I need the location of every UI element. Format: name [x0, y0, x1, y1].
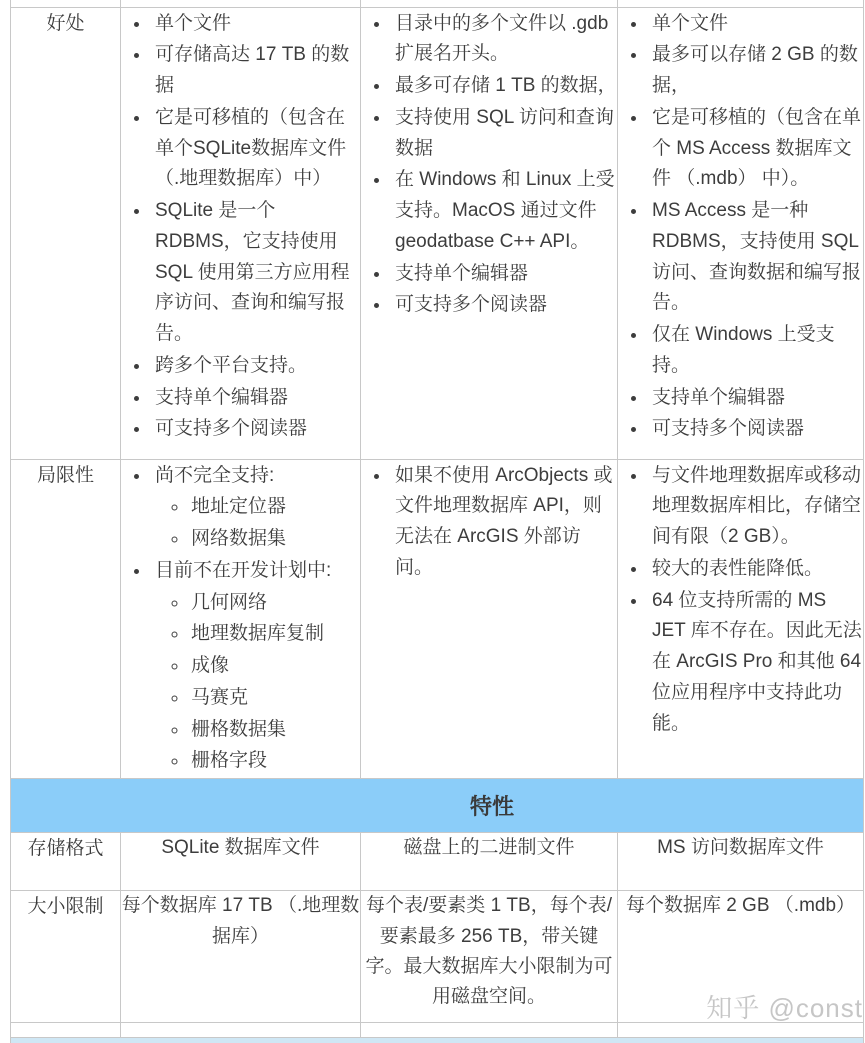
comparison-table: 好处 单个文件 可存储高达 17 TB 的数据 它是可移植的（包含在单个SQLi… — [10, 0, 864, 1043]
list-item: 支持单个编辑器 — [151, 383, 360, 414]
size-filegdb-cell: 每个表/要素类 1 TB，每个表/要素最多 256 TB，带关键字。最大数据库大… — [361, 891, 618, 1023]
list-item: MS Access 是一种 RDBMS，支持使用 SQL 访问、查询数据和编写报… — [648, 196, 863, 319]
list-item: 仅在 Windows 上受支持。 — [648, 320, 863, 382]
table-row-storage-format: 存储格式 SQLite 数据库文件 磁盘上的二进制文件 MS 访问数据库文件 — [11, 833, 864, 891]
storage-sqlite-cell: SQLite 数据库文件 — [121, 833, 361, 891]
sub-list: 几何网络 地理数据库复制 成像 马赛克 栅格数据集 栅格字段 — [155, 588, 360, 778]
sub-list-item: 网络数据集 — [189, 524, 360, 555]
list-item: 单个文件 — [151, 9, 360, 40]
limitations-sqlite-list: 尚不完全支持: 地址定位器 网络数据集 目前不在开发计划中: 几何网络 地理数据… — [121, 461, 360, 778]
sub-list-item: 地理数据库复制 — [189, 619, 360, 650]
table-row-top-sliver — [11, 0, 864, 7]
list-item-text: 目前不在开发计划中: — [155, 560, 331, 581]
benefits-sqlite-cell: 单个文件 可存储高达 17 TB 的数据 它是可移植的（包含在单个SQLite数… — [121, 7, 361, 459]
list-item: 跨多个平台支持。 — [151, 351, 360, 382]
row-header-size-limit: 大小限制 — [11, 891, 121, 1023]
limitations-access-list: 与文件地理数据库或移动地理数据库相比，存储空间有限（2 GB）。 较大的表性能降… — [618, 461, 863, 740]
bottom-sliver-cell — [121, 1023, 361, 1038]
list-item: 支持单个编辑器 — [391, 259, 617, 290]
benefits-access-list: 单个文件 最多可以存储 2 GB 的数据， 它是可移植的（包含在单个 MS Ac… — [618, 9, 863, 446]
row-header-limitations: 局限性 — [11, 459, 121, 779]
bottom-sliver-cell — [11, 1023, 121, 1038]
table-row-benefits: 好处 单个文件 可存储高达 17 TB 的数据 它是可移植的（包含在单个SQLi… — [11, 7, 864, 459]
table-row-next-section-sliver — [11, 1038, 864, 1043]
list-item: 支持使用 SQL 访问和查询数据 — [391, 103, 617, 165]
table-row-limitations: 局限性 尚不完全支持: 地址定位器 网络数据集 目前不在开发计划中: 几何网络 … — [11, 459, 864, 779]
list-item: 最多可以存储 2 GB 的数据， — [648, 40, 863, 102]
benefits-filegdb-list: 目录中的多个文件以 .gdb 扩展名开头。 最多可存储 1 TB 的数据， 支持… — [361, 9, 617, 322]
list-item: 如果不使用 ArcObjects 或文件地理数据库 API，则无法在 ArcGI… — [391, 461, 617, 584]
list-item: 可存储高达 17 TB 的数据 — [151, 40, 360, 102]
limitations-filegdb-list: 如果不使用 ArcObjects 或文件地理数据库 API，则无法在 ArcGI… — [361, 461, 617, 584]
list-item: 可支持多个阅读器 — [391, 290, 617, 321]
size-sqlite-cell: 每个数据库 17 TB （.地理数据库） — [121, 891, 361, 1023]
limitations-sqlite-cell: 尚不完全支持: 地址定位器 网络数据集 目前不在开发计划中: 几何网络 地理数据… — [121, 459, 361, 779]
list-item: 尚不完全支持: 地址定位器 网络数据集 — [151, 461, 360, 555]
list-item: 目前不在开发计划中: 几何网络 地理数据库复制 成像 马赛克 栅格数据集 栅格字… — [151, 556, 360, 777]
bottom-sliver-cell — [361, 1023, 618, 1038]
zhihu-watermark: 知乎 @const — [706, 988, 863, 1025]
storage-filegdb-cell: 磁盘上的二进制文件 — [361, 833, 618, 891]
row-header-storage-format: 存储格式 — [11, 833, 121, 891]
top-sliver-cell — [618, 0, 864, 7]
row-header-benefits: 好处 — [11, 7, 121, 459]
limitations-access-cell: 与文件地理数据库或移动地理数据库相比，存储空间有限（2 GB）。 较大的表性能降… — [618, 459, 864, 779]
list-item: 在 Windows 和 Linux 上受支持。MacOS 通过文件 geodat… — [391, 165, 617, 257]
list-item: 较大的表性能降低。 — [648, 554, 863, 585]
list-item: 64 位支持所需的 MS JET 库不存在。因此无法在 ArcGIS Pro 和… — [648, 586, 863, 740]
list-item: SQLite 是一个 RDBMS，它支持使用 SQL 使用第三方应用程序访问、查… — [151, 196, 360, 350]
sub-list-item: 栅格字段 — [189, 746, 360, 777]
list-item-text: 尚不完全支持: — [155, 465, 274, 486]
list-item: 可支持多个阅读器 — [648, 414, 863, 445]
list-item: 单个文件 — [648, 9, 863, 40]
list-item: 它是可移植的（包含在单个SQLite数据库文件（.地理数据库）中） — [151, 103, 360, 195]
benefits-filegdb-cell: 目录中的多个文件以 .gdb 扩展名开头。 最多可存储 1 TB 的数据， 支持… — [361, 7, 618, 459]
features-section-header: 特性 — [11, 779, 864, 833]
limitations-filegdb-cell: 如果不使用 ArcObjects 或文件地理数据库 API，则无法在 ArcGI… — [361, 459, 618, 779]
benefits-access-cell: 单个文件 最多可以存储 2 GB 的数据， 它是可移植的（包含在单个 MS Ac… — [618, 7, 864, 459]
list-item: 可支持多个阅读器 — [151, 414, 360, 445]
list-item: 支持单个编辑器 — [648, 383, 863, 414]
sub-list-item: 几何网络 — [189, 588, 360, 619]
storage-access-cell: MS 访问数据库文件 — [618, 833, 864, 891]
sub-list-item: 马赛克 — [189, 683, 360, 714]
list-item: 目录中的多个文件以 .gdb 扩展名开头。 — [391, 9, 617, 71]
table-row-features-header: 特性 — [11, 779, 864, 833]
sub-list-item: 地址定位器 — [189, 492, 360, 523]
top-sliver-cell — [121, 0, 361, 7]
sub-list-item: 成像 — [189, 651, 360, 682]
top-sliver-cell — [11, 0, 121, 7]
next-section-header-sliver — [11, 1038, 864, 1043]
list-item: 与文件地理数据库或移动地理数据库相比，存储空间有限（2 GB）。 — [648, 461, 863, 553]
list-item: 它是可移植的（包含在单个 MS Access 数据库文件 （.mdb） 中）。 — [648, 103, 863, 195]
sub-list-item: 栅格数据集 — [189, 715, 360, 746]
top-sliver-cell — [361, 0, 618, 7]
list-item: 最多可存储 1 TB 的数据， — [391, 71, 617, 102]
sub-list: 地址定位器 网络数据集 — [155, 492, 360, 555]
benefits-sqlite-list: 单个文件 可存储高达 17 TB 的数据 它是可移植的（包含在单个SQLite数… — [121, 9, 360, 446]
